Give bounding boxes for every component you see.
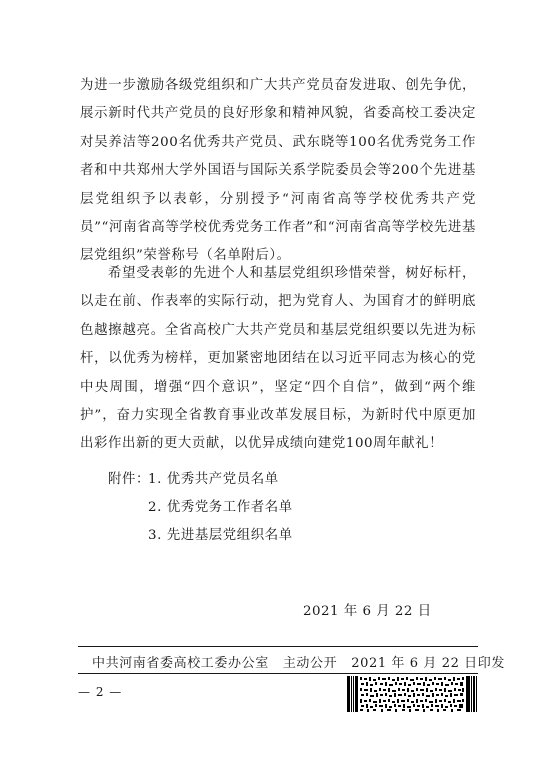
footer-top-rule xyxy=(78,646,478,647)
print-date: 2021 年 6 月 22 日印发 xyxy=(351,652,505,671)
footer-bottom-rule xyxy=(78,673,478,674)
attachments-label: 附件： xyxy=(108,466,150,494)
attachment-item: 1. 优秀共产党员名单 xyxy=(148,466,279,494)
issuer-name: 中共河南省委高校工委办公室 xyxy=(92,652,269,671)
page-number: — 2 — xyxy=(78,685,122,699)
document-page: 为进一步激励各级党组织和广大共产党员奋发进取、创先争优，展示新时代共产党员的良好… xyxy=(0,0,550,778)
disclosure-type: 主动公开 xyxy=(283,652,337,671)
issuance-footer: 中共河南省委高校工委办公室主动公开2021 年 6 月 22 日印发 xyxy=(92,652,505,671)
pdf417-barcode-icon xyxy=(347,676,478,712)
attachment-item: 2. 优秀党务工作者名单 xyxy=(148,494,293,522)
paragraph-expectations: 希望受表彰的先进个人和基层党组织珍惜荣誉，树好标杆，以走在前、作表率的实际行动，… xyxy=(80,260,476,459)
signature-date: 2021 年 6 月 22 日 xyxy=(303,600,432,619)
paragraph-commendation-decision: 为进一步激励各级党组织和广大共产党员奋发进取、创先争优，展示新时代共产党员的良好… xyxy=(80,72,476,271)
attachment-item: 3. 先进基层党组织名单 xyxy=(148,522,293,550)
